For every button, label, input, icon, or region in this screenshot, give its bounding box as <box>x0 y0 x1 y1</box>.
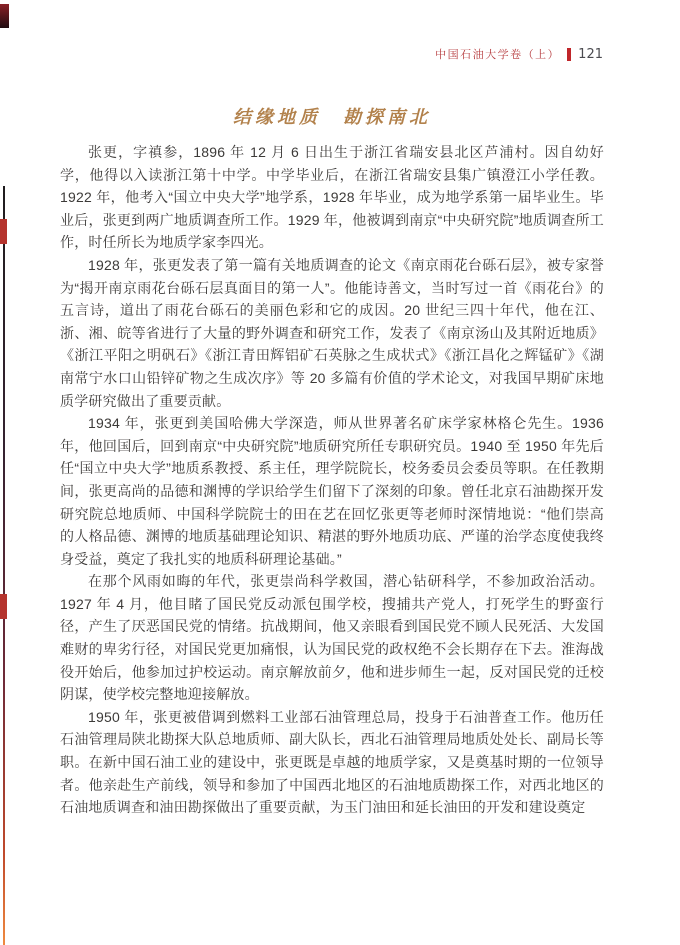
paragraph-2: 1928 年，张更发表了第一篇有关地质调查的论文《南京雨花台砾石层》，被专家誉为… <box>60 254 604 412</box>
paragraph-4: 在那个风雨如晦的年代，张更崇尚科学救国，潜心钻研科学，不参加政治活动。1927 … <box>60 570 604 706</box>
article-body: 张更，字禛参，1896 年 12 月 6 日出生于浙江省瑞安县北区芦浦村。因自幼… <box>60 141 604 819</box>
edge-tab-middle <box>0 219 7 244</box>
book-page: 中国石油大学卷（上） 121 结缘地质 勘探南北 张更，字禛参，1896 年 1… <box>0 0 680 945</box>
paragraph-1: 张更，字禛参，1896 年 12 月 6 日出生于浙江省瑞安县北区芦浦村。因自幼… <box>60 141 604 254</box>
edge-tab-top <box>0 4 9 28</box>
paragraph-3: 1934 年，张更到美国哈佛大学深造，师从世界著名矿床学家林格仑先生。1936 … <box>60 412 604 570</box>
edge-tab-lower <box>0 594 7 619</box>
page-header: 中国石油大学卷（上） 121 <box>435 46 603 62</box>
section-title: 结缘地质 勘探南北 <box>60 103 604 129</box>
page-number: 121 <box>578 47 603 62</box>
paragraph-5: 1950 年，张更被借调到燃料工业部石油管理总局，投身于石油普查工作。他历任石油… <box>60 706 604 819</box>
volume-title: 中国石油大学卷（上） <box>435 46 560 62</box>
edge-strip <box>3 186 5 945</box>
header-divider-bar <box>567 48 571 61</box>
